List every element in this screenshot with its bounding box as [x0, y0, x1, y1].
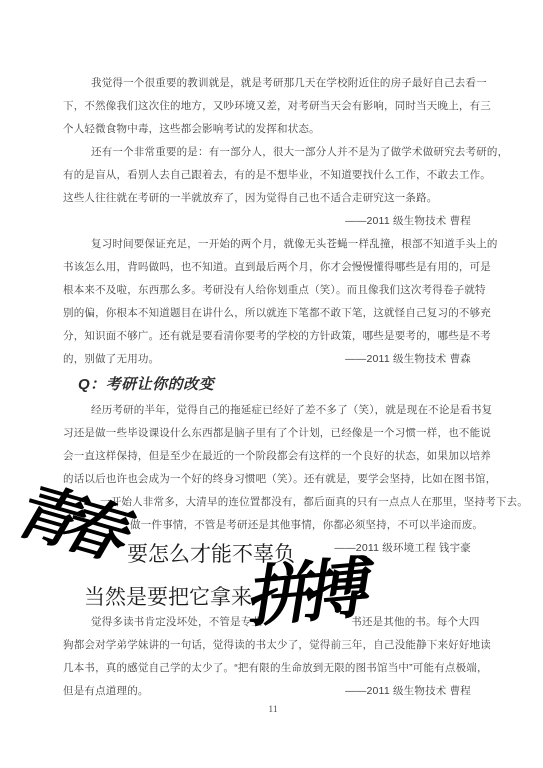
section-heading: Q：考研让你的改变	[78, 372, 483, 398]
paragraph1-line: 我觉得一个很重要的教训就是，就是考研那几天在学校附近住的房子最好自己去看一	[63, 72, 483, 95]
overlay-spacer	[63, 560, 483, 611]
paragraph6-line: 几本书，真的感觉自己学的太少了。“把有限的生命放到无限的图书馆当中”可能有点极端…	[63, 657, 483, 680]
paragraph6-last-line: 但是有点道理的。 ——2011 级生物技术 曹程	[63, 680, 483, 703]
paragraph2-line: 还有一个非常重要的是：有一部分人，很大一部分人并不是为了做学术做研究去考研的，	[63, 141, 483, 164]
paragraph3-line: 复习时间要保证充足，一开始的两个月，就像无头苍蝇一样乱撞，根部不知道手头上的	[63, 233, 483, 256]
document-page: 我觉得一个很重要的教训就是，就是考研那几天在学校附近住的房子最好自己去看一 下，…	[0, 0, 543, 768]
paragraph4-line: 会一直这样保持，但是至少在最近的一个阶段都会有这样的一个良好的状态，如果加以培养	[63, 445, 483, 468]
paragraph2-line: 有的是盲从，看别人去自己跟着去，有的是不想毕业，不知道要找什么工作，不敢去工作。	[63, 164, 483, 187]
paragraph3-line: 书该怎么用，背吗做吗，也不知道。直到最后两个月，你才会慢慢懂得哪些是有用的，可是	[63, 256, 483, 279]
signature-line: ——2011 级生物技术 曹森	[345, 348, 483, 371]
paragraph6-line: 狗都会对学弟学妹讲的一句话，觉得读的书太少了，觉得前三年，自己没能静下来好好地读	[63, 634, 483, 657]
paragraph6-first-line: 觉得多读书肯定没坏处，不管是专业书还是其他的书。每个大四	[63, 611, 483, 634]
paragraph3-last-line: 的，别做了无用功。 ——2011 级生物技术 曹森	[63, 348, 483, 371]
paragraph5-line: 做一件事情，不管是考研还是其他事情，你都必须坚持，不可以半途而废。	[130, 514, 483, 537]
paragraph6-line-left: 觉得多读书肯定没坏处，不管是专业	[91, 616, 262, 628]
paragraph1-line: 个人轻微食物中毒，这些都会影响考试的发挥和状态。	[63, 118, 483, 141]
paragraph3-line: 别的偏，你根本不知道题目在讲什么，所以就连下笔都不敢下笔，这就怪自己复习的不够充	[63, 302, 483, 325]
paragraph4-line: 习还是做一些毕设课设什么东西都是脑子里有了个计划，已经像是一个习惯一样，也不能说	[63, 422, 483, 445]
paragraph2-line: 这些人往往就在考研的一半就放弃了，因为觉得自己也不适合走研究这一条路。	[63, 187, 483, 210]
paragraph3-line: 根本来不及啦，东西那么多。考研没有人给你划重点（笑）。而且像我们这次考得卷子就特	[63, 279, 483, 302]
text-content: 我觉得一个很重要的教训就是，就是考研那几天在学校附近住的房子最好自己去看一 下，…	[63, 72, 483, 703]
paragraph4-last-line: 一开始人非常多，大清早的连位置都没有，都后面真的只有一点点人在那里，坚持考下去。	[100, 491, 483, 514]
paragraph4-line: 经历考研的半年，觉得自己的拖延症已经好了差不多了（笑），就是现在不论是看书复	[63, 399, 483, 422]
paragraph3-line-end: 的，别做了无用功。	[63, 348, 159, 371]
page-number: 11	[63, 705, 483, 715]
paragraph3-line: 分，知识面不够广。还有就是要看清你要考的学校的方针政策，哪些是要考的，哪些是不考	[63, 325, 483, 348]
paragraph6-line-right: 书还是其他的书。每个大四	[351, 616, 479, 628]
signature-line: ——2011 级生物技术 曹程	[63, 210, 483, 233]
paragraph4-line: 的话以后也许也会成为一个好的终身习惯吧（笑）。还有就是，要学会坚持，比如在图书馆…	[63, 468, 483, 491]
paragraph6-line-end: 但是有点道理的。	[63, 680, 149, 703]
signature-line: ——2011 级生物技术 曹程	[345, 680, 483, 703]
paragraph1-line: 下，不然像我们这次住的地方，又吵环境又差，对考研当天会有影响，同时当天晚上，有三	[63, 95, 483, 118]
signature-line: ——2011 级环境工程 钱宇豪	[63, 537, 483, 560]
